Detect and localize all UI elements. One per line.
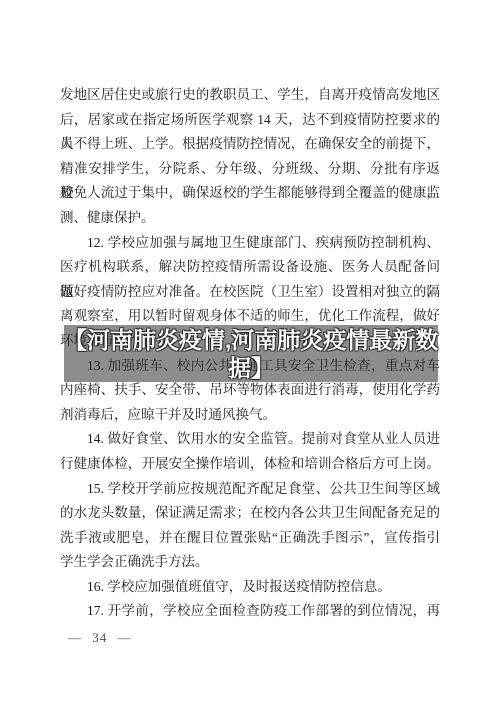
doc-line: 洗手液或肥皂，并在醒目位置张贴“正确洗手图示”，宣传指引 — [60, 526, 440, 551]
doc-line: 后，居家或在指定场所医学观察 14 天，达不到疫情防控要求的人 — [60, 108, 440, 133]
doc-line: 做好疫情防控应对准备。在校医院（卫生室）设置相对独立的隔 — [60, 280, 440, 305]
doc-line: 员不得上班、上学。根据疫情防控情况，在确保安全的前提下， — [60, 132, 440, 157]
doc-line-item-16: 16. 学校应加强值班值守，及时报送疫情防控信息。 — [60, 575, 440, 600]
doc-line: 学生学会正确洗手方法。 — [60, 550, 440, 575]
doc-line: 的水龙头数量，保证满足需求；在校内各公共卫生间配备充足的 — [60, 501, 440, 526]
watermark-caption-overlay: 【河南肺炎疫情,河南肺炎疫情最新数 据】 — [64, 325, 438, 382]
doc-line: 剂消毒后，应晾干并及时通风换气。 — [60, 403, 440, 428]
page-number: — 34 — — [68, 630, 132, 646]
watermark-caption-line1: 【河南肺炎疫情,河南肺炎疫情最新数 — [64, 326, 438, 354]
doc-line-item-15: 15. 学校开学前应按规范配齐配足食堂、公共卫生间等区域 — [60, 477, 440, 502]
doc-line-item-12: 12. 学校应加强与属地卫生健康部门、疾病预防控制机构、 — [60, 231, 440, 256]
doc-line: 发地区居住史或旅行史的教职员工、学生，自离开疫情高发地区 — [60, 83, 440, 108]
doc-line: 避免人流过于集中，确保返校的学生都能够得到全覆盖的健康监 — [60, 181, 440, 206]
watermark-caption-line2: 据】 — [228, 354, 274, 382]
doc-line: 医疗机构联系，解决防控疫情所需设备设施、医务人员配备问题， — [60, 255, 440, 280]
doc-line: 行健康体检，开展安全操作培训，体检和培训合格后方可上岗。 — [60, 452, 440, 477]
document-page: 发地区居住史或旅行史的教职员工、学生，自离开疫情高发地区 后，居家或在指定场所医… — [0, 0, 500, 707]
doc-line: 精准安排学生，分院系、分年级、分班级、分期、分批有序返校， — [60, 157, 440, 182]
doc-line-item-17: 17. 开学前，学校应全面检查防疫工作部署的到位情况，再 — [60, 599, 440, 624]
doc-line-item-14: 14. 做好食堂、饮用水的安全监管。提前对食堂从业人员进 — [60, 427, 440, 452]
doc-line: 测、健康保护。 — [60, 206, 440, 231]
